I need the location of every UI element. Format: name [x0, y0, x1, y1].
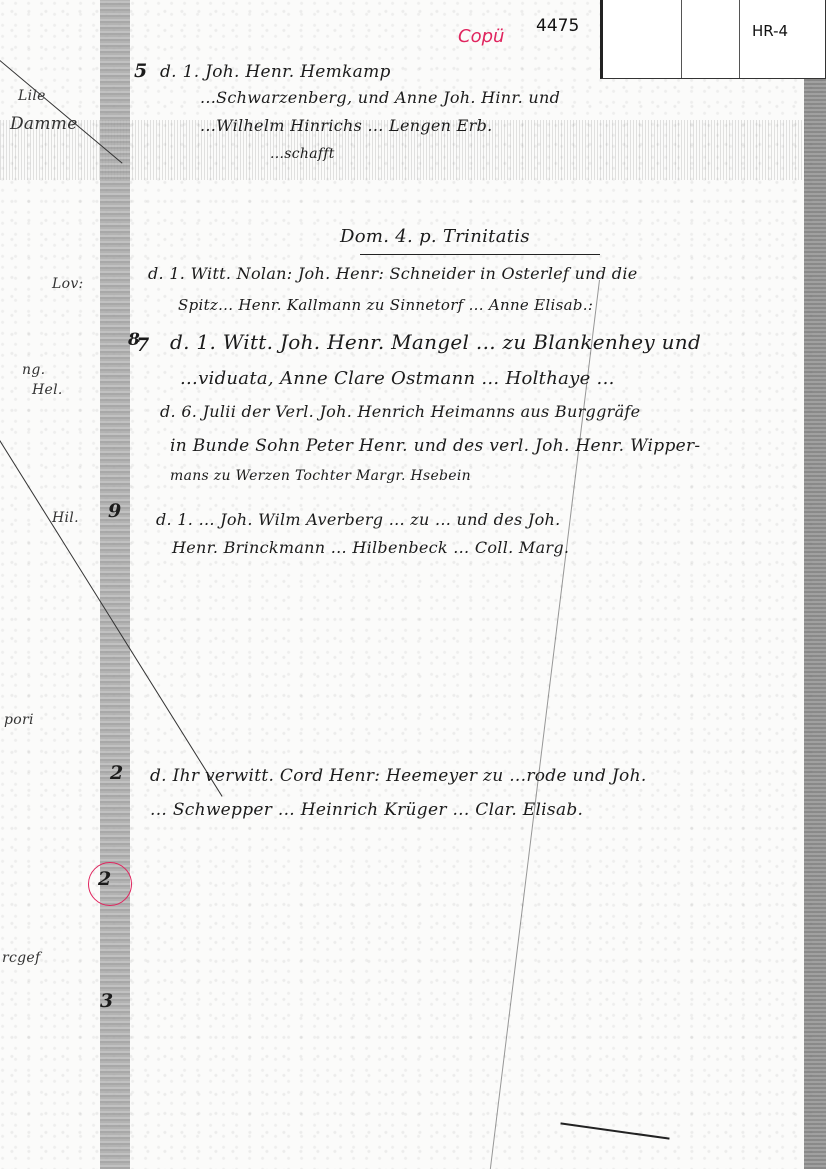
margin-note: Damme [10, 114, 78, 134]
entry-number: 5 [134, 60, 148, 82]
entry-line: ... Schwepper ... Heinrich Krüger ... Cl… [150, 800, 583, 820]
entry-line: d. 1. Joh. Henr. Hemkamp [160, 62, 391, 82]
entry-line: ...viduata, Anne Clare Ostmann ... Holth… [180, 368, 615, 389]
entry-number: 8 [128, 330, 140, 350]
margin-note: Lile [18, 88, 46, 104]
entry-line: Spitz... Henr. Kallmann zu Sinnetorf ...… [178, 296, 593, 314]
entry-line: d. 1. ... Joh. Wilm Averberg ... zu ... … [156, 510, 561, 529]
entry-line: ...schafft [270, 146, 335, 162]
underline [360, 254, 600, 255]
entry-line: ...Schwarzenberg, und Anne Joh. Hinr. un… [200, 88, 560, 107]
section-heading: Dom. 4. p. Trinitatis [340, 226, 530, 247]
margin-note: Hil. [52, 510, 79, 526]
record-number: 4475 [536, 16, 579, 36]
margin-note: pori [4, 712, 34, 728]
entry-number: 2 [110, 762, 124, 784]
document-page: Copü 4475 HR-4 Lile Damme Lov: ng. Hel. … [0, 0, 826, 1169]
entry-number: 9 [108, 500, 122, 522]
stamp-divider [739, 0, 740, 78]
entry-line: mans zu Werzen Tochter Margr. Hsebein [170, 468, 471, 484]
entry-line: d. 1. Witt. Joh. Henr. Mangel ... zu Bla… [170, 330, 701, 354]
entry-number: 2 [98, 868, 112, 890]
margin-note: Hel. [32, 382, 63, 398]
entry-number: 3 [100, 990, 114, 1012]
entry-line: in Bunde Sohn Peter Henr. und des verl. … [170, 436, 700, 456]
entry-line: ...Wilhelm Hinrichs ... Lengen Erb. [200, 116, 493, 135]
entry-line: d. 1. Witt. Nolan: Joh. Henr: Schneider … [148, 264, 638, 283]
entry-line: d. Ihr verwitt. Cord Henr: Heemeyer zu .… [150, 766, 647, 786]
entry-line: d. 6. Julii der Verl. Joh. Henrich Heima… [160, 402, 640, 421]
scan-edge-shadow [804, 20, 826, 1169]
copy-mark: Copü [458, 26, 504, 47]
archive-code: HR-4 [752, 22, 788, 40]
underline [560, 1122, 669, 1139]
margin-note: Lov: [52, 276, 84, 292]
archive-stamp-box [600, 0, 826, 79]
margin-note: rcgef [2, 950, 40, 966]
margin-note: ng. [22, 362, 45, 378]
stamp-divider [681, 0, 682, 78]
entry-line: Henr. Brinckmann ... Hilbenbeck ... Coll… [172, 538, 569, 557]
